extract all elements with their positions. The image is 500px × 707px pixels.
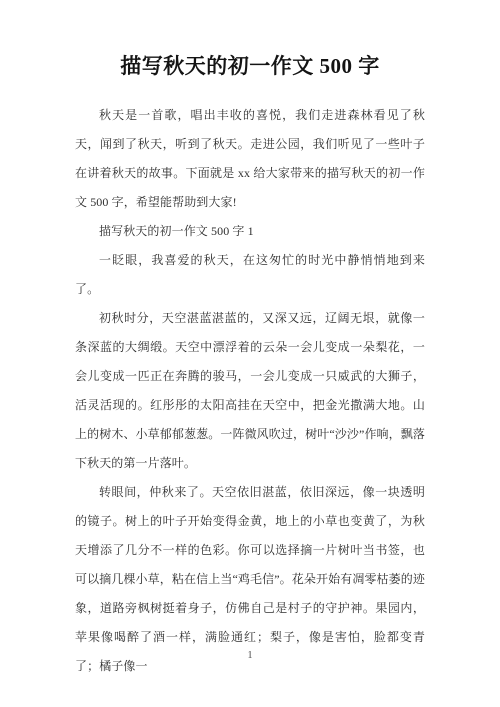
paragraph-section-heading: 描写秋天的初一作文 500 字 1 (75, 217, 425, 246)
paragraph-early-autumn: 初秋时分，天空湛蓝湛蓝的，又深又远，辽阔无垠，就像一条深蓝的大绸缎。天空中漂浮着… (75, 304, 425, 478)
document-title: 描写秋天的初一作文 500 字 (0, 53, 500, 80)
paragraph-intro: 秋天是一首歌，唱出丰收的喜悦，我们走进森林看见了秋天，闻到了秋天，听到了秋天。走… (75, 101, 425, 217)
document-body: 秋天是一首歌，唱出丰收的喜悦，我们走进森林看见了秋天，闻到了秋天，听到了秋天。走… (75, 101, 425, 681)
page-number: 1 (0, 649, 500, 663)
paragraph-opening: 一眨眼，我喜爱的秋天，在这匆忙的时光中静悄悄地到来了。 (75, 246, 425, 304)
document-page: 描写秋天的初一作文 500 字 秋天是一首歌，唱出丰收的喜悦，我们走进森林看见了… (0, 0, 500, 707)
